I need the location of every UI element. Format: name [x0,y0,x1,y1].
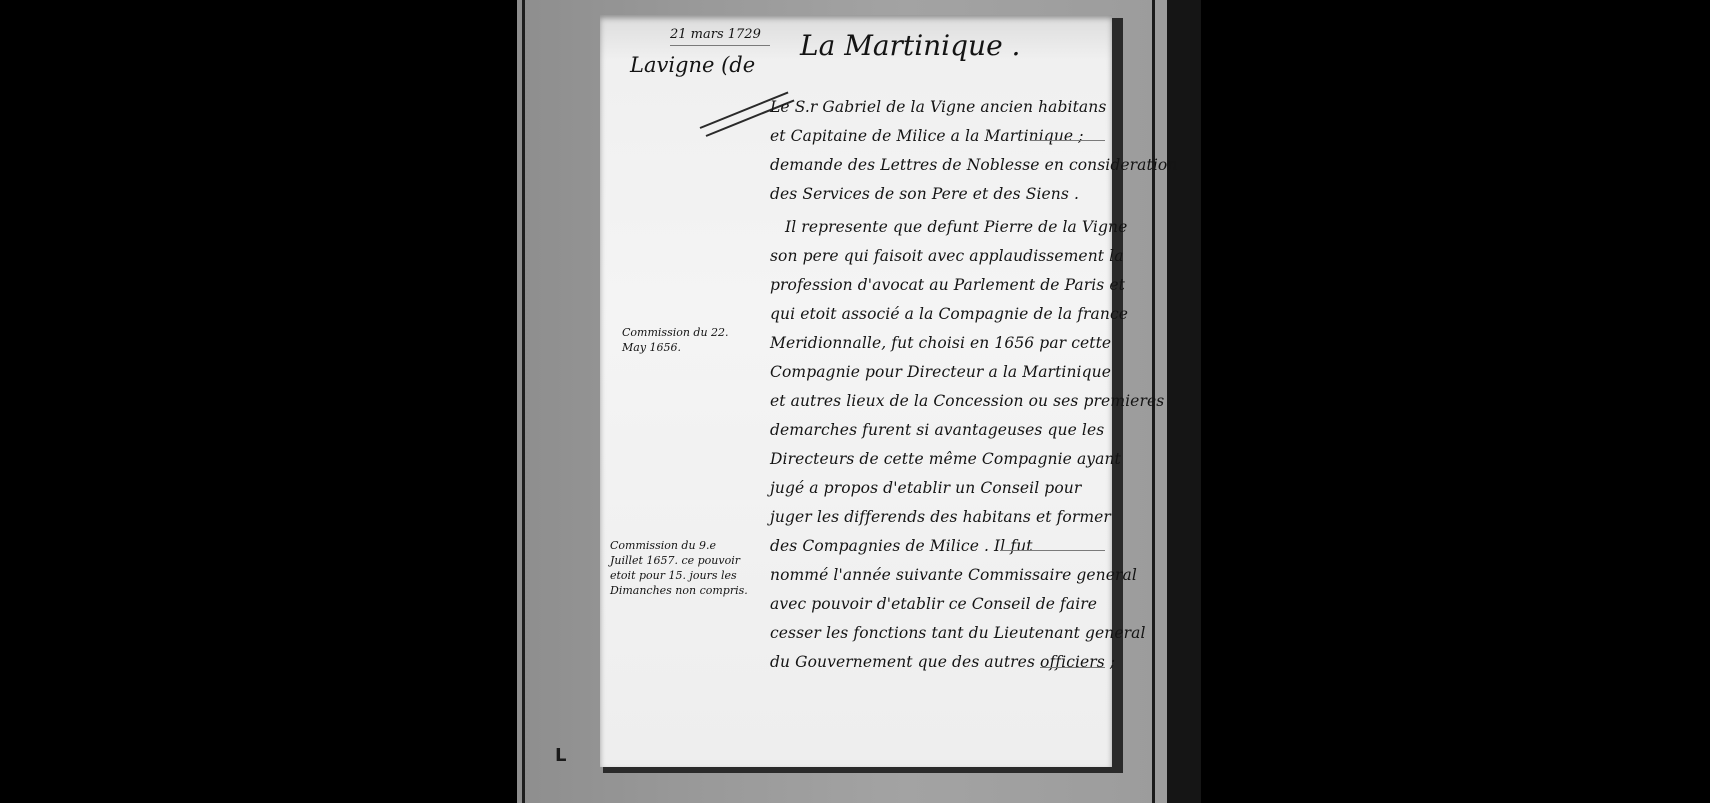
text-line: et Capitaine de Milice a la Martinique ; [770,127,1084,145]
text-line: Directeurs de cette même Compagnie ayant [770,450,1121,468]
page-title: La Martinique . [800,29,1020,62]
board-left-edge-line [522,0,525,803]
text-line: qui etoit associé a la Compagnie de la f… [770,305,1128,323]
manuscript-page: 21 mars 1729 Lavigne (de La Martinique .… [600,15,1112,767]
text-line: Il represente que defunt Pierre de la Vi… [785,218,1127,236]
text-line: des Compagnies de Milice . Il fut [770,537,1033,555]
text-line: et autres lieux de la Concession ou ses … [770,392,1164,410]
text-line: des Services de son Pere et des Siens . [770,185,1079,203]
date-annotation: 21 mars 1729 [670,27,761,42]
text-line: jugé a propos d'etablir un Conseil pour [770,479,1081,497]
text-line: nommé l'année suivante Commissaire gener… [770,566,1137,584]
text-line: avec pouvoir d'etablir ce Conseil de fai… [770,595,1097,613]
text-line: profession d'avocat au Parlement de Pari… [770,276,1125,294]
date-underline [670,45,770,46]
text-line: cesser les fonctions tant du Lieutenant … [770,624,1146,642]
text-line: Meridionnalle, fut choisi en 1656 par ce… [770,334,1111,352]
board-letter-mark: L [555,745,566,766]
subject-name-annotation: Lavigne (de [630,53,755,77]
margin-note-commission-1656: Commission du 22. May 1656. [622,325,742,355]
text-line: demande des Lettres de Noblesse en consi… [770,156,1177,174]
line-filler [1040,667,1105,668]
text-line: demarches furent si avantageuses que les [770,421,1104,439]
text-line: du Gouvernement que des autres officiers… [770,653,1115,671]
board-right-strip [1167,0,1201,803]
text-line: juger les differends des habitans et for… [770,508,1111,526]
text-line: Compagnie pour Directeur a la Martinique [770,363,1111,381]
text-line: son pere qui faisoit avec applaudissemen… [770,247,1124,265]
line-filler [1000,550,1105,551]
margin-note-commission-1657: Commission du 9.e Juillet 1657. ce pouvo… [610,538,750,598]
line-filler [1030,140,1105,141]
text-line: Le S.r Gabriel de la Vigne ancien habita… [770,98,1106,116]
